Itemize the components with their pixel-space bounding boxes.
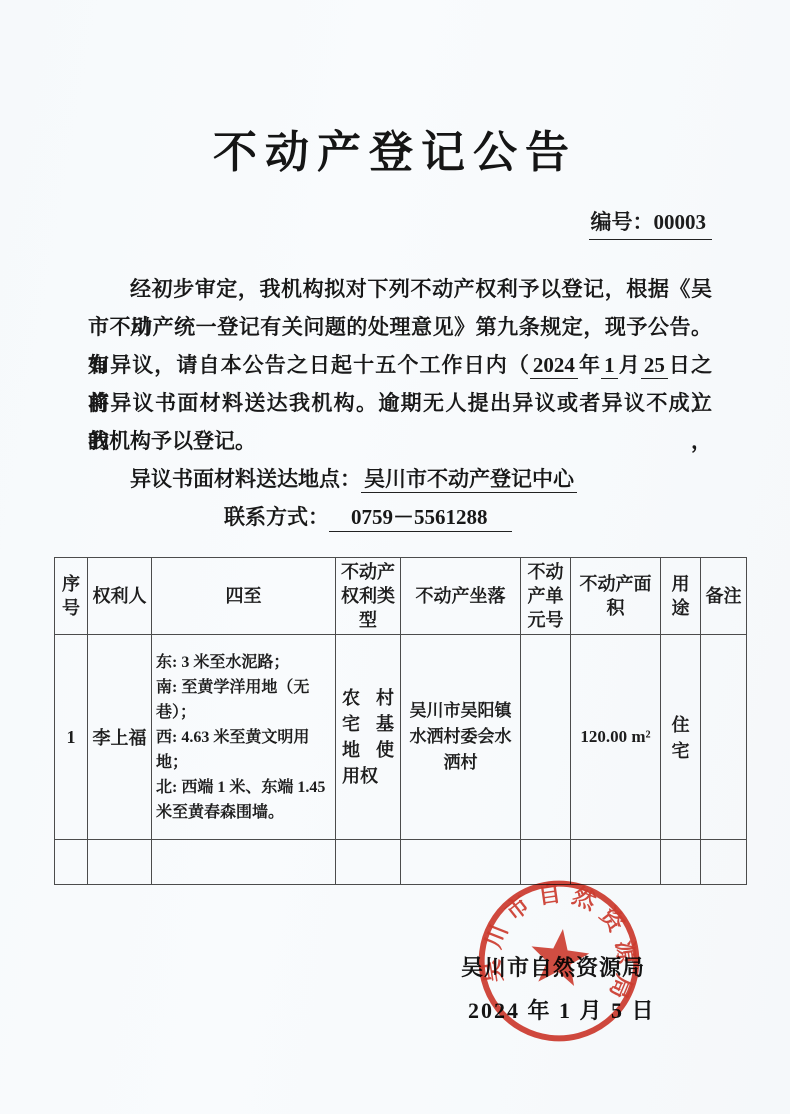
cell-remark — [701, 840, 747, 885]
table-row: 1 李上福 东: 3 米至水泥路； 南: 至黄学洋用地（无巷）； 西: 4.63… — [55, 635, 747, 840]
deadline-month: 1 — [601, 353, 618, 379]
cell-usage — [661, 840, 701, 885]
boundary-north: 北: 西端 1 米、东端 1.45 米至黄春森围墙。 — [156, 775, 331, 825]
col-header-seq: 序号 — [55, 558, 88, 635]
col-header-boundaries: 四至 — [152, 558, 336, 635]
contact-phone: 0759－5561288 — [329, 505, 512, 532]
col-header-holder: 权利人 — [88, 558, 152, 635]
doc-number-label: 编号： — [591, 210, 654, 234]
deadline-day: 25 — [641, 353, 668, 379]
star-icon — [527, 925, 591, 987]
cell-holder: 李上福 — [88, 635, 152, 840]
cell-right-type: 农村宅基地使用权 — [336, 635, 401, 840]
contact-line: 联系方式：0759－5561288 — [88, 498, 712, 536]
delivery-address-line: 异议书面材料送达地点：吴川市不动产登记中心 — [88, 460, 712, 498]
col-header-usage: 用途 — [661, 558, 701, 635]
col-header-remark: 备注 — [701, 558, 747, 635]
col-header-area: 不动产面积 — [571, 558, 661, 635]
notice-line-1: 经初步审定，我机构拟对下列不动产权利予以登记，根据《吴川 — [88, 270, 712, 308]
notice-line-2: 市不动产统一登记有关问题的处理意见》第九条规定，现予公告。如 — [88, 308, 712, 346]
deadline-prefix: 有异议，请自本公告之日起十五个工作日内（ — [88, 353, 530, 377]
deadline-month-unit: 月 — [618, 353, 641, 377]
doc-number: 编号：00003 — [589, 206, 713, 240]
notice-body: 经初步审定，我机构拟对下列不动产权利予以登记，根据《吴川 市不动产统一登记有关问… — [88, 270, 712, 536]
delivery-address-label: 异议书面材料送达地点： — [130, 467, 361, 491]
notice-line-4: 将异议书面材料送达我机构。逾期无人提出异议或者异议不成立的， — [88, 384, 712, 422]
table-header-row: 序号 权利人 四至 不动产权利类型 不动产坐落 不动产单元号 不动产面积 用途 … — [55, 558, 747, 635]
cell-holder — [88, 840, 152, 885]
boundary-west: 西: 4.63 米至黄文明用地； — [156, 725, 331, 775]
registration-table: 序号 权利人 四至 不动产权利类型 不动产坐落 不动产单元号 不动产面积 用途 … — [54, 557, 747, 885]
col-header-unit-no: 不动产单元号 — [521, 558, 571, 635]
cell-boundaries: 东: 3 米至水泥路； 南: 至黄学洋用地（无巷）； 西: 4.63 米至黄文明… — [152, 635, 336, 840]
col-header-right-type: 不动产权利类型 — [336, 558, 401, 635]
cell-unit-no — [521, 635, 571, 840]
boundary-east: 东: 3 米至水泥路； — [156, 650, 331, 675]
cell-seq: 1 — [55, 635, 88, 840]
cell-location: 吴川市吴阳镇水洒村委会水洒村 — [401, 635, 521, 840]
official-seal: 吴川市自然资源局 — [464, 866, 653, 1055]
deadline-year: 2024 — [530, 353, 578, 379]
cell-usage: 住宅 — [661, 635, 701, 840]
cell-seq — [55, 840, 88, 885]
doc-number-value: 00003 — [654, 210, 707, 234]
scanned-announcement-page: 不动产登记公告 编号：00003 经初步审定，我机构拟对下列不动产权利予以登记，… — [0, 0, 790, 1114]
cell-area: 120.00 m² — [571, 635, 661, 840]
boundary-south: 南: 至黄学洋用地（无巷）； — [156, 675, 331, 725]
table-row-empty — [55, 840, 747, 885]
notice-line-3: 有异议，请自本公告之日起十五个工作日内（2024年1月25日之前） — [88, 346, 712, 384]
col-header-location: 不动产坐落 — [401, 558, 521, 635]
cell-boundaries — [152, 840, 336, 885]
page-title: 不动产登记公告 — [0, 116, 790, 180]
delivery-address-value: 吴川市不动产登记中心 — [361, 467, 577, 493]
deadline-year-unit: 年 — [578, 353, 601, 377]
cell-remark — [701, 635, 747, 840]
contact-label: 联系方式： — [224, 505, 329, 529]
cell-right-type — [336, 840, 401, 885]
